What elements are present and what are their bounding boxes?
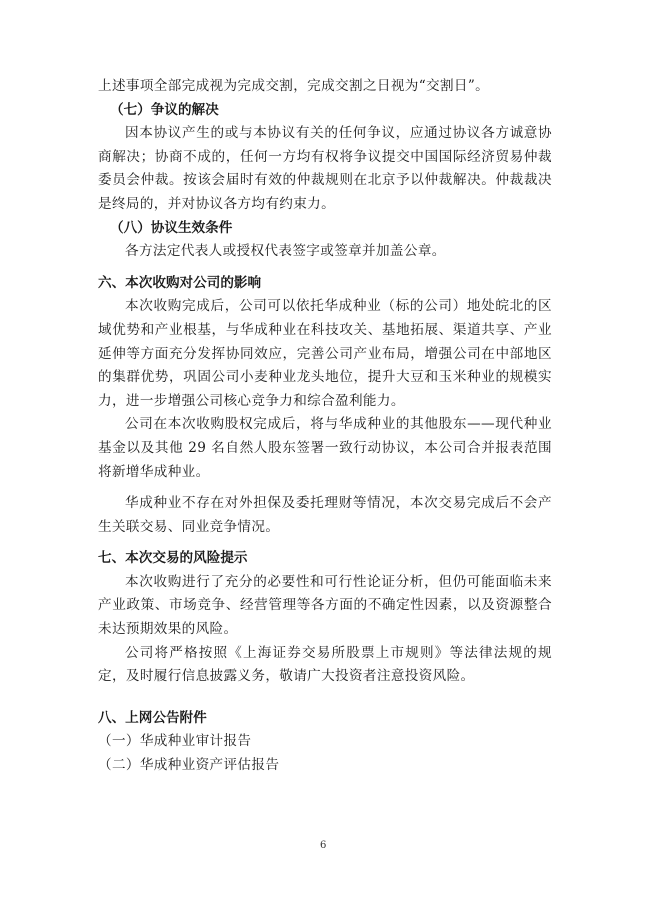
section-heading-attachments: 八、上网公告附件 — [98, 707, 552, 731]
paragraph-impact-1: 本次收购完成后，公司可以依托华成种业（标的公司）地处皖北的区域优势和产业根基，与… — [98, 295, 552, 413]
paragraph-risk-1: 本次收购进行了充分的必要性和可行性论证分析，但仍可能面临未来产业政策、市场竞争、… — [98, 571, 552, 642]
section-heading-impact: 六、本次收购对公司的影响 — [98, 272, 552, 296]
section-heading-risk: 七、本次交易的风险提示 — [98, 547, 552, 571]
paragraph-impact-2: 公司在本次收购股权完成后，将与华成种业的其他股东——现代种业基金以及其他 29 … — [98, 413, 552, 484]
document-page: 上述事项全部完成视为完成交割，完成交割之日视为“交割日”。 （七）争议的解决 因… — [98, 75, 552, 778]
paragraph-dispute-resolution: 因本协议产生的或与本协议有关的任何争议，应通过协议各方诚意协商解决；协商不成的，… — [98, 122, 552, 216]
attachment-item-valuation-report: （二）华成种业资产评估报告 — [98, 754, 552, 778]
page-number: 6 — [320, 840, 326, 851]
opening-paragraph: 上述事项全部完成视为完成交割，完成交割之日视为“交割日”。 — [98, 75, 552, 99]
paragraph-impact-3: 华成种业不存在对外担保及委托理财等情况，本次交易完成后不会产生关联交易、同业竞争… — [98, 492, 552, 539]
subheading-effective-conditions: （八）协议生效条件 — [98, 217, 552, 241]
subheading-dispute-resolution: （七）争议的解决 — [98, 99, 552, 123]
paragraph-risk-2: 公司将严格按照《上海证券交易所股票上市规则》等法律法规的规定，及时履行信息披露义… — [98, 642, 552, 689]
paragraph-effective-conditions: 各方法定代表人或授权代表签字或签章并加盖公章。 — [98, 240, 552, 264]
attachment-item-audit-report: （一）华成种业审计报告 — [98, 730, 552, 754]
